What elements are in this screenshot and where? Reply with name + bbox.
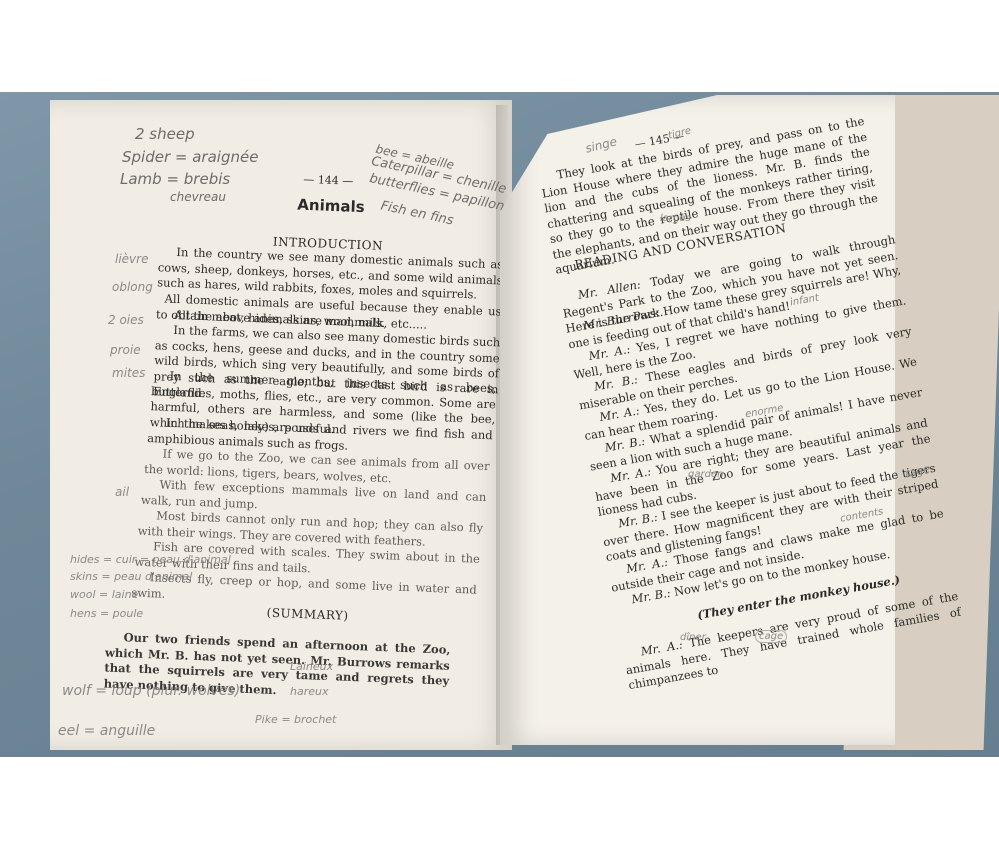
handwritten-note: 2 sheep	[135, 125, 195, 143]
handwritten-note: proie	[110, 343, 141, 357]
summary-heading: (SUMMARY)	[266, 606, 349, 625]
handwritten-note: lièvre	[115, 252, 148, 266]
handwritten-note: Pike = brochet	[255, 713, 336, 726]
handwritten-note: skins = peau d'animal	[70, 570, 192, 583]
handwritten-note: chevreau	[170, 190, 226, 204]
handwritten-note: hides = cuir = peau d'animal	[70, 553, 231, 566]
handwritten-note: cage	[755, 630, 787, 643]
handwritten-note: oblong	[112, 280, 153, 294]
page-title: Animals	[297, 198, 365, 216]
handwritten-note: wool = laine	[70, 588, 138, 601]
handwritten-note: Spider = araignée	[122, 148, 258, 166]
handwritten-note: hens = poule	[70, 607, 143, 620]
handwritten-note: wolf = loup (plur. wolves)	[62, 683, 240, 699]
handwritten-note: mites	[112, 366, 145, 380]
handwritten-note: ail	[115, 485, 129, 499]
handwritten-note: Laineux	[290, 660, 333, 673]
handwritten-note: dîner	[680, 632, 706, 643]
page-number-left: — 144 —	[303, 172, 354, 189]
handwritten-note: hareux	[290, 685, 328, 698]
handwritten-note: Lamb = brebis	[120, 170, 230, 188]
handwritten-note: eel = anguille	[58, 723, 155, 739]
handwritten-note: larges	[660, 213, 691, 224]
handwritten-note: 2 oies	[108, 313, 144, 327]
handwritten-note: garden	[688, 469, 723, 480]
